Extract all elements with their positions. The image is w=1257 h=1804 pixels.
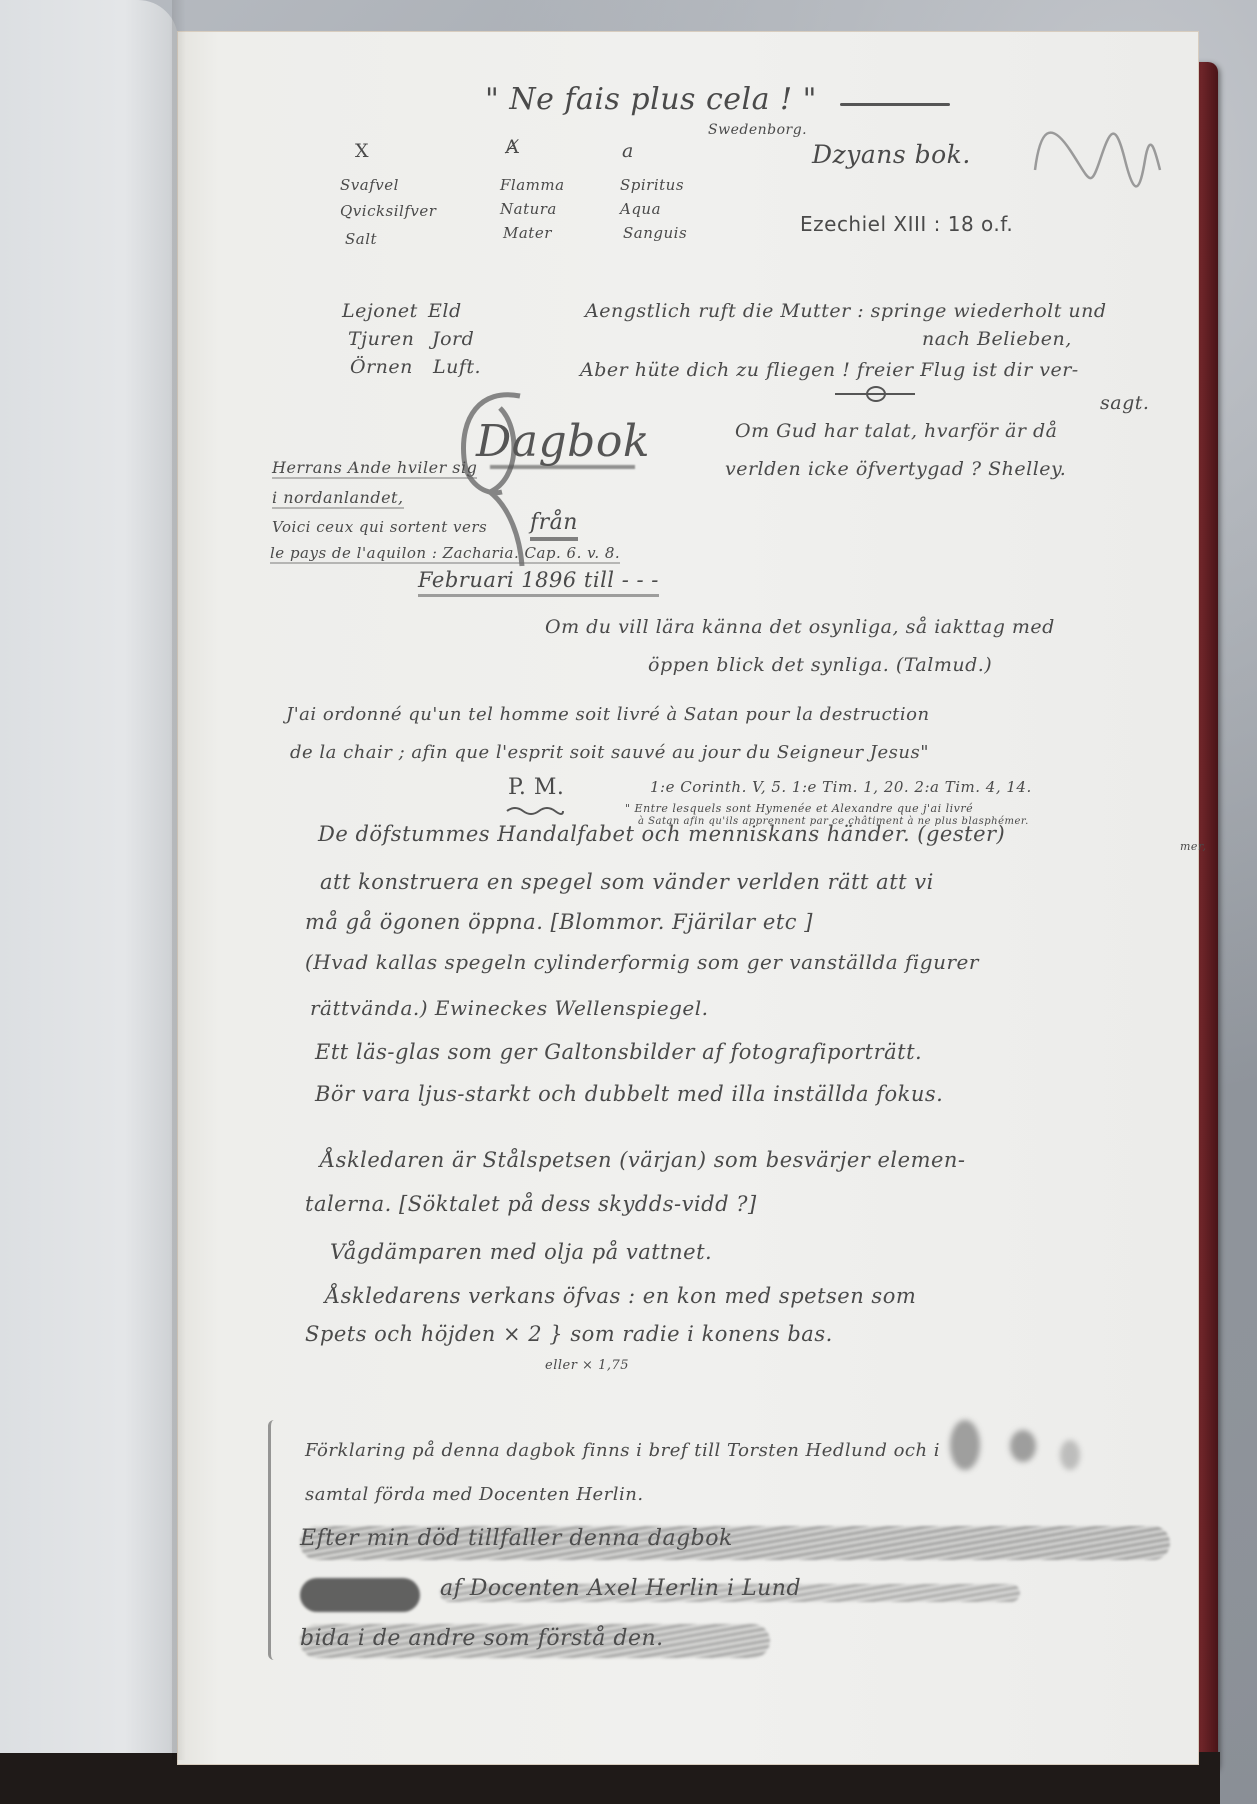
animal-element: Luft. bbox=[433, 356, 481, 378]
symbol-cell: Qvicksilfver bbox=[340, 202, 436, 220]
ink-smudge bbox=[950, 1420, 980, 1470]
symbol-cell: Sanguis bbox=[623, 224, 687, 242]
left-note: i nordanlandet, bbox=[272, 488, 404, 509]
quote-line: J'ai ordonné qu'un tel homme soit livré … bbox=[286, 704, 930, 725]
note-line: Åskledaren är Stålspetsen (värjan) som b… bbox=[320, 1148, 966, 1172]
note-line: De döfstummes Handalfabet och menniskans… bbox=[318, 822, 1005, 846]
signature: P. M. bbox=[508, 775, 564, 800]
note-line: (Hvad kallas spegeln cylinderformig som … bbox=[305, 950, 979, 974]
circle-mark-icon bbox=[866, 386, 886, 402]
animal-element: Jord bbox=[432, 328, 474, 350]
left-note: Herrans Ande hviler sig bbox=[272, 458, 477, 479]
symbol-cell: Spiritus bbox=[620, 176, 684, 194]
note-line: Spets och höjden × 2 } som radie i konen… bbox=[305, 1322, 833, 1346]
quote-line: Om du vill lära känna det osynliga, så i… bbox=[545, 616, 1055, 638]
motto: " Ne fais plus cela ! " bbox=[485, 82, 817, 117]
left-note: le pays de l'aquilon : Zacharia. Cap. 6.… bbox=[270, 544, 620, 564]
attribution-small: Swedenborg. bbox=[708, 122, 807, 138]
note-line: Bör vara ljus-starkt och dubbelt med ill… bbox=[315, 1082, 943, 1106]
crossout-scribble bbox=[440, 1584, 1020, 1602]
footnote-line: " Entre lesquels sont Hymenée et Alexand… bbox=[625, 802, 973, 815]
left-page bbox=[0, 0, 178, 1753]
ink-smudge bbox=[1010, 1430, 1036, 1462]
pencil-scribble-icon bbox=[1030, 120, 1180, 210]
scripture-refs: 1:e Corinth. V, 5. 1:e Tim. 1, 20. 2:a T… bbox=[650, 778, 1032, 796]
note-line: må gå ögonen öppna. [Blommor. Fjärilar e… bbox=[305, 910, 813, 934]
quote-line: de la chair ; afin que l'esprit soit sau… bbox=[290, 742, 929, 763]
symbol-header-2: Ⱥ bbox=[505, 136, 519, 158]
animal-name: Örnen bbox=[350, 356, 413, 378]
symbol-cell: Flamma bbox=[500, 176, 565, 194]
title-underline bbox=[490, 465, 635, 469]
footer-bracket bbox=[268, 1420, 277, 1660]
symbol-header-1: X bbox=[355, 140, 369, 162]
quote-line: verlden icke öfvertygad ? Shelley. bbox=[725, 458, 1066, 480]
note-line: Åskledarens verkans öfvas : en kon med s… bbox=[325, 1284, 916, 1308]
animal-name: Tjuren bbox=[348, 328, 414, 350]
symbol-cell: Mater bbox=[503, 224, 552, 242]
animal-name: Lejonet bbox=[342, 300, 418, 322]
left-note: Voici ceux qui sortent vers bbox=[272, 518, 487, 536]
quote-line: Aengstlich ruft die Mutter : springe wie… bbox=[585, 300, 1107, 322]
footer-line: samtal förda med Docenten Herlin. bbox=[305, 1484, 644, 1505]
animal-element: Eld bbox=[428, 300, 462, 322]
note-line: Ett läs-glas som ger Galtonsbilder af fo… bbox=[315, 1040, 922, 1064]
book-ref: Dzyans bok. bbox=[812, 140, 971, 169]
quote-line: nach Belieben, bbox=[922, 328, 1072, 350]
note-line: att konstruera en spegel som vänder verl… bbox=[320, 870, 934, 894]
scripture-ref: Ezechiel XIII : 18 o.f. bbox=[800, 212, 1013, 236]
date-line: Februari 1896 till - - - bbox=[418, 568, 659, 597]
note-line: talerna. [Söktalet på dess skydds-vidd ?… bbox=[305, 1192, 757, 1216]
quote-line: sagt. bbox=[1100, 392, 1149, 414]
symbol-cell: Svafvel bbox=[340, 176, 399, 194]
quote-line: Om Gud har talat, hvarför är då bbox=[735, 420, 1057, 442]
symbol-cell: Natura bbox=[500, 200, 557, 218]
note-superscript: mer, bbox=[1180, 840, 1207, 853]
wavy-underline-icon bbox=[505, 805, 565, 817]
symbol-header-3: a bbox=[622, 140, 634, 162]
from-underline bbox=[530, 537, 578, 541]
note-line: rättvända.) Ewineckes Wellenspiegel. bbox=[310, 996, 708, 1020]
footer-line: Förklaring på denna dagbok finns i bref … bbox=[305, 1440, 940, 1461]
book-gutter bbox=[172, 0, 186, 1760]
note-subscript: eller × 1,75 bbox=[545, 1358, 629, 1373]
symbol-cell: Aqua bbox=[620, 200, 661, 218]
crossout-scribble bbox=[300, 1526, 1170, 1560]
crossout-blot bbox=[300, 1578, 420, 1612]
from-word: från bbox=[530, 510, 578, 535]
crossout-scribble bbox=[300, 1624, 770, 1658]
motto-dash bbox=[840, 103, 950, 106]
quote-line: öppen blick det synliga. (Talmud.) bbox=[648, 654, 992, 676]
ink-smudge bbox=[1060, 1440, 1080, 1470]
note-line: Vågdämparen med olja på vattnet. bbox=[330, 1240, 712, 1264]
symbol-cell: Salt bbox=[345, 230, 377, 248]
title-dagbok: Dagbok bbox=[476, 416, 650, 467]
quote-line: Aber hüte dich zu fliegen ! freier Flug … bbox=[580, 359, 1079, 381]
